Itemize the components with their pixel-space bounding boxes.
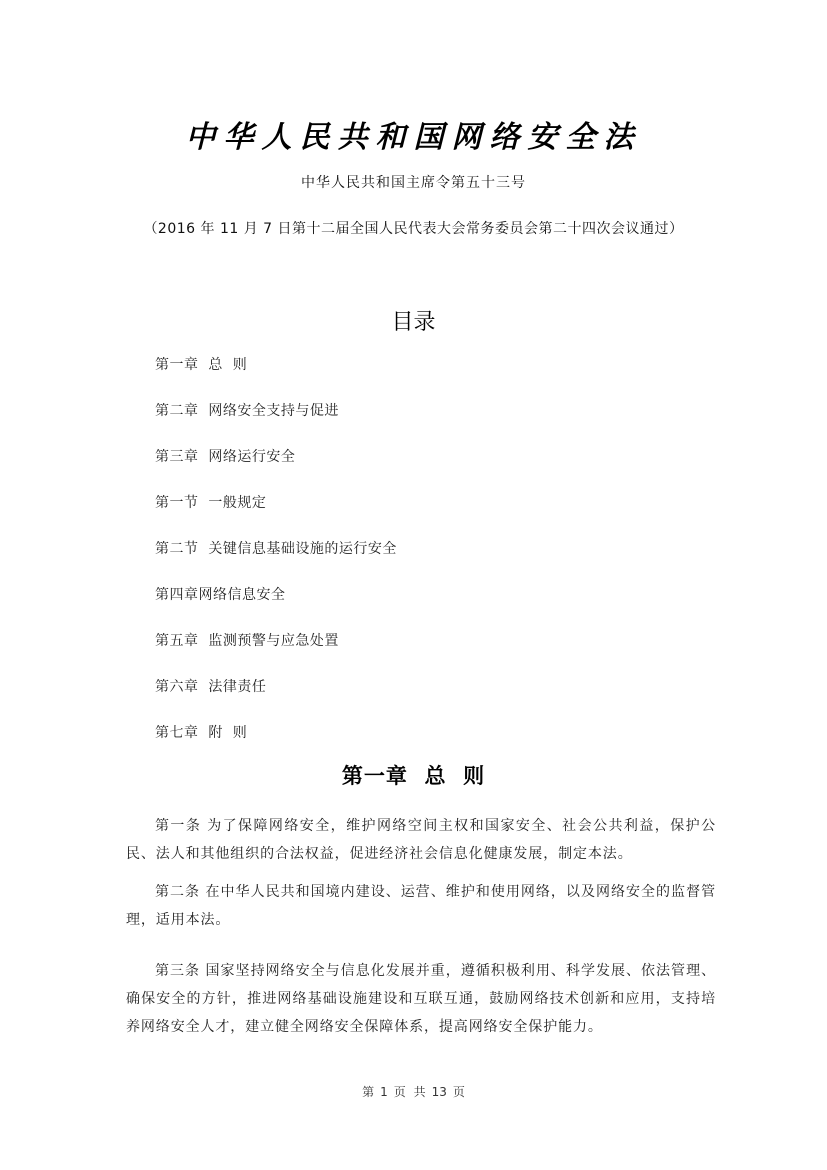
document-page: 中华人民共和国网络安全法 中华人民共和国主席令第五十三号 （2016 年 11 … <box>0 0 827 1170</box>
toc-item: 第四章网络信息安全 <box>155 585 397 631</box>
toc-item: 第二章 网络安全支持与促进 <box>155 401 397 447</box>
table-of-contents: 第一章 总 则 第二章 网络安全支持与促进 第三章 网络运行安全 第一节 一般规… <box>155 355 397 769</box>
page-prefix: 第 <box>362 1085 374 1099</box>
toc-item: 第三章 网络运行安全 <box>155 447 397 493</box>
document-title: 中华人民共和国网络安全法 <box>0 112 827 156</box>
page-suffix: 页 <box>453 1085 465 1099</box>
article-paragraph: 第三条 国家坚持网络安全与信息化发展并重，遵循积极利用、科学发展、依法管理、确保… <box>126 957 716 1041</box>
toc-heading: 目录 <box>0 305 827 336</box>
total-pages: 13 <box>432 1085 447 1099</box>
page-mid: 页 共 <box>394 1085 426 1099</box>
presidential-order: 中华人民共和国主席令第五十三号 <box>0 172 827 192</box>
page-footer: 第1页 共13页 <box>0 1083 827 1100</box>
chapter-heading: 第一章 总 则 <box>0 760 827 790</box>
adoption-note: （2016 年 11 月 7 日第十二届全国人民代表大会常务委员会第二十四次会议… <box>0 218 827 238</box>
toc-item: 第一章 总 则 <box>155 355 397 401</box>
toc-item: 第二节 关键信息基础设施的运行安全 <box>155 539 397 585</box>
toc-item: 第五章 监测预警与应急处置 <box>155 631 397 677</box>
current-page-number: 1 <box>380 1085 388 1099</box>
toc-item: 第六章 法律责任 <box>155 677 397 723</box>
article-paragraph: 第二条 在中华人民共和国境内建设、运营、维护和使用网络，以及网络安全的监督管理，… <box>126 878 716 934</box>
article-paragraph: 第一条 为了保障网络安全，维护网络空间主权和国家安全、社会公共利益，保护公民、法… <box>126 812 716 868</box>
toc-item: 第一节 一般规定 <box>155 493 397 539</box>
